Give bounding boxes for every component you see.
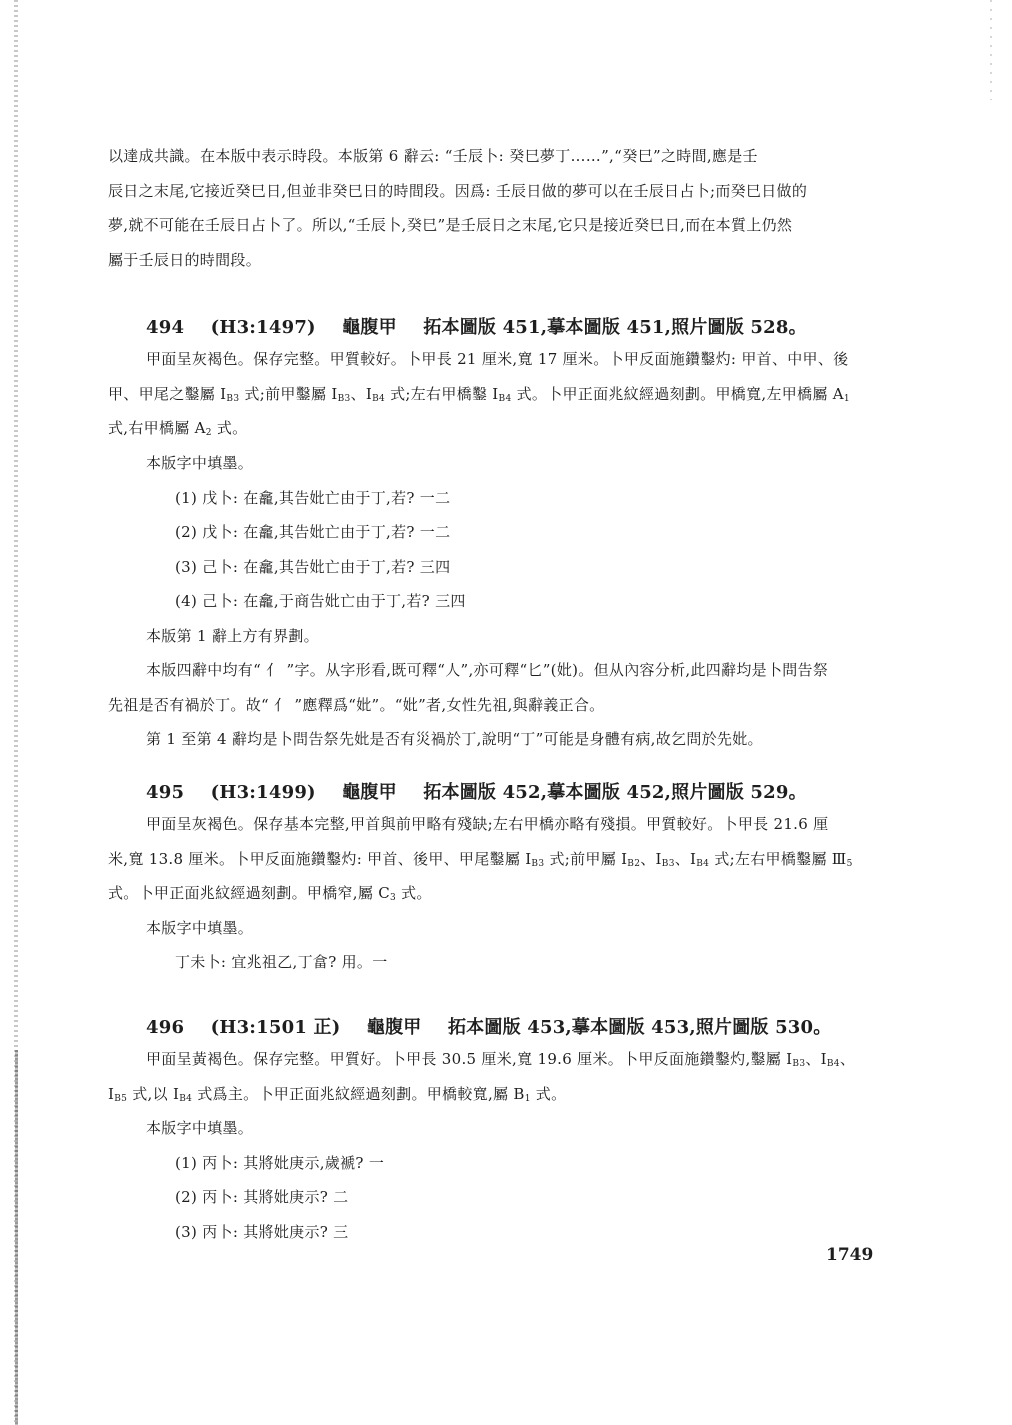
- inscription: (2) 戊卜: 在龕,其告妣亡由于丁,若? 一二: [175, 521, 450, 542]
- subscript: B5: [114, 1094, 127, 1104]
- binding-edge-dark: [15, 1050, 18, 1425]
- subscript: B4: [696, 859, 709, 869]
- subscript: B3: [531, 859, 544, 869]
- subscript: B4: [179, 1094, 192, 1104]
- description-line: 甲面呈黃褐色。保存完整。甲質好。卜甲長 30.5 厘米,寬 19.6 厘米。卜甲…: [146, 1048, 855, 1069]
- subscript: 1: [844, 394, 850, 404]
- ink-note: 本版字中填墨。: [146, 917, 253, 938]
- subscript: 1: [525, 1094, 531, 1104]
- entry-number: 494: [146, 317, 184, 338]
- shell-type: 龜腹甲: [342, 782, 397, 803]
- note-line: 本版第 1 辭上方有界劃。: [146, 625, 319, 646]
- inscription: (1) 戊卜: 在龕,其告妣亡由于丁,若? 一二: [175, 487, 450, 508]
- subscript: B2: [627, 859, 640, 869]
- note-line: 第 1 至第 4 辭均是卜問告祭先妣是否有災禍於丁,說明“丁”可能是身體有病,故…: [146, 728, 763, 749]
- inscription: 丁未卜: 宜兆祖乙,丁畣? 用。一: [175, 951, 388, 972]
- subscript: B4: [372, 394, 385, 404]
- entry-heading: 495 (H3:1499) 龜腹甲 拓本圖版 452,摹本圖版 452,照片圖版…: [146, 778, 807, 804]
- plate-references: 拓本圖版 451,摹本圖版 451,照片圖版 528。: [423, 317, 806, 338]
- inscription: (2) 丙卜: 其將妣庚示? 二: [175, 1186, 348, 1207]
- subscript: 2: [206, 428, 212, 438]
- shell-type: 龜腹甲: [367, 1017, 422, 1038]
- subscript: B4: [499, 394, 512, 404]
- subscript: B4: [827, 1059, 840, 1069]
- subscript: B3: [792, 1059, 805, 1069]
- entry-heading: 496 (H3:1501 正) 龜腹甲 拓本圖版 453,摹本圖版 453,照片…: [146, 1013, 831, 1039]
- subscript: 5: [847, 859, 853, 869]
- inscription: (3) 己卜: 在龕,其告妣亡由于丁,若? 三四: [175, 556, 450, 577]
- catalog-number: (H3:1499): [211, 782, 316, 803]
- catalog-number: (H3:1501 正): [211, 1017, 341, 1038]
- description-line: 米,寬 13.8 厘米。卜甲反面施鑽鑿灼: 甲首、後甲、甲尾鑿屬 IB3 式;前…: [108, 848, 853, 869]
- ink-note: 本版字中填墨。: [146, 1117, 253, 1138]
- description-line: 式。卜甲正面兆紋經過刻劃。甲橋窄,屬 C3 式。: [108, 882, 432, 903]
- plate-references: 拓本圖版 452,摹本圖版 452,照片圖版 529。: [423, 782, 806, 803]
- entry-number: 495: [146, 782, 184, 803]
- description-line: 甲面呈灰褐色。保存基本完整,甲首與前甲略有殘缺;左右甲橋亦略有殘損。甲質較好。卜…: [146, 813, 828, 834]
- text-line: 屬于壬辰日的時間段。: [108, 249, 261, 270]
- page-number: 1749: [826, 1245, 873, 1265]
- scan-artifact: [990, 0, 992, 100]
- ink-note: 本版字中填墨。: [146, 452, 253, 473]
- inscription: (3) 丙卜: 其將妣庚示? 三: [175, 1221, 348, 1242]
- description-line: IB5 式,以 IB4 式爲主。卜甲正面兆紋經過刻劃。甲橋較寬,屬 B1 式。: [108, 1083, 566, 1104]
- description-line: 甲、甲尾之鑿屬 IB3 式;前甲鑿屬 IB3、IB4 式;左右甲橋鑿 IB4 式…: [108, 383, 850, 404]
- inscription: (4) 己卜: 在龕,于商告妣亡由于丁,若? 三四: [175, 590, 466, 611]
- note-line: 先祖是否有禍於丁。故“ ⺅ ”應釋爲“妣”。“妣”者,女性先祖,與辭義正合。: [108, 694, 605, 715]
- plate-references: 拓本圖版 453,摹本圖版 453,照片圖版 530。: [448, 1017, 831, 1038]
- text-line: 辰日之末尾,它接近癸巳日,但並非癸巳日的時間段。因爲: 壬辰日做的夢可以在壬辰日…: [108, 180, 807, 201]
- entry-heading: 494 (H3:1497) 龜腹甲 拓本圖版 451,摹本圖版 451,照片圖版…: [146, 313, 807, 339]
- subscript: B3: [338, 394, 351, 404]
- shell-type: 龜腹甲: [342, 317, 397, 338]
- subscript: 3: [390, 893, 396, 903]
- text-line: 以達成共識。𠧢在本版中表示時段。本版第 6 辭云: “壬辰卜: 𠧢癸巳夢丁……”…: [108, 145, 758, 166]
- inscription: (1) 丙卜: 其將妣庚示,歲褫? 一: [175, 1152, 384, 1173]
- entry-number: 496: [146, 1017, 184, 1038]
- description-line: 式,右甲橋屬 A2 式。: [108, 417, 247, 438]
- subscript: B3: [226, 394, 239, 404]
- text-line: 夢,就不可能在壬辰日占卜了。所以,“壬辰卜,𠧢癸巳”是壬辰日之末尾,它只是接近癸…: [108, 214, 792, 235]
- description-line: 甲面呈灰褐色。保存完整。甲質較好。卜甲長 21 厘米,寬 17 厘米。卜甲反面施…: [146, 348, 848, 369]
- subscript: B3: [662, 859, 675, 869]
- catalog-number: (H3:1497): [211, 317, 316, 338]
- note-line: 本版四辭中均有“ ⺅ ”字。从字形看,既可釋“人”,亦可釋“匕”(妣)。但从內容…: [146, 659, 828, 680]
